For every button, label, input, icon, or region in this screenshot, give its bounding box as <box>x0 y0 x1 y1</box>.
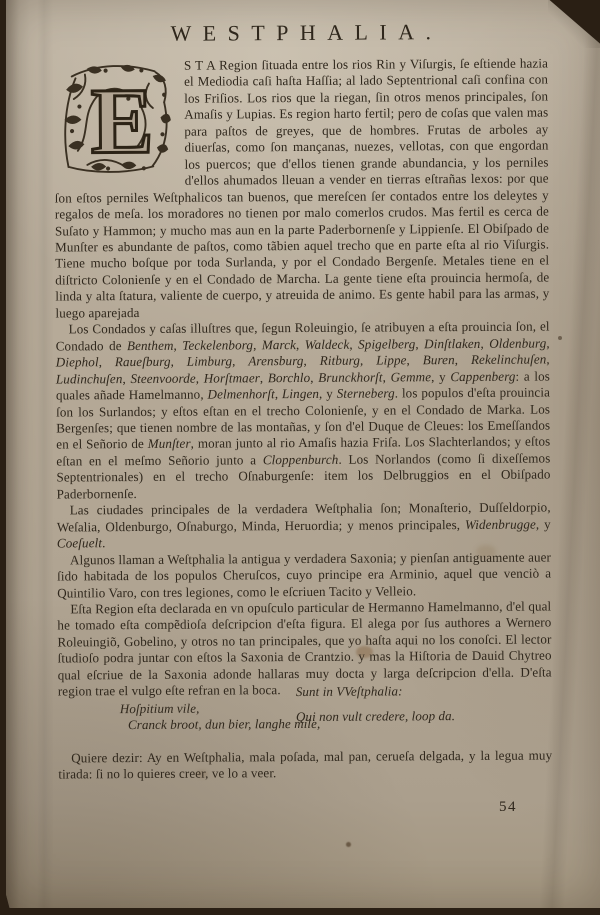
page-corner-shadow <box>548 0 600 48</box>
body-paragraph: Las ciudades principales de la verdadera… <box>57 500 551 552</box>
body-paragraph: E S T A Region ſituada entre los rios Ri… <box>54 55 550 321</box>
refrain-verse: Sunt in VVeſtphalia: Hoſpitium vile, Qui… <box>58 697 552 750</box>
stain <box>558 336 562 340</box>
page-content: WESTPHALIA. <box>54 10 553 783</box>
refrain-line-dutch: Cranck broot, dun bier, langhe mile, <box>128 716 320 734</box>
page-title: WESTPHALIA. <box>54 18 548 47</box>
stain <box>346 842 351 847</box>
drop-cap-letter: E <box>91 69 155 173</box>
page-number: 54 <box>499 799 517 816</box>
drop-cap-E-icon: E <box>55 61 176 175</box>
woodcut-initial: E <box>55 61 176 175</box>
body-paragraph: Los Condados y caſas illuſtres que, ſegu… <box>56 319 551 503</box>
refrain-line-latin: Sunt in VVeſtphalia: <box>296 683 403 700</box>
body-paragraph: Algunos llaman a Weſtphalia la antigua y… <box>57 549 551 601</box>
book-page-photo: WESTPHALIA. <box>0 0 600 915</box>
body-text: E S T A Region ſituada entre los rios Ri… <box>54 55 552 783</box>
refrain-line-latin: Hoſpitium vile, <box>120 700 200 717</box>
body-paragraph: Quiere dezir: Ay en Weſtphalia, mala poſ… <box>58 747 552 783</box>
